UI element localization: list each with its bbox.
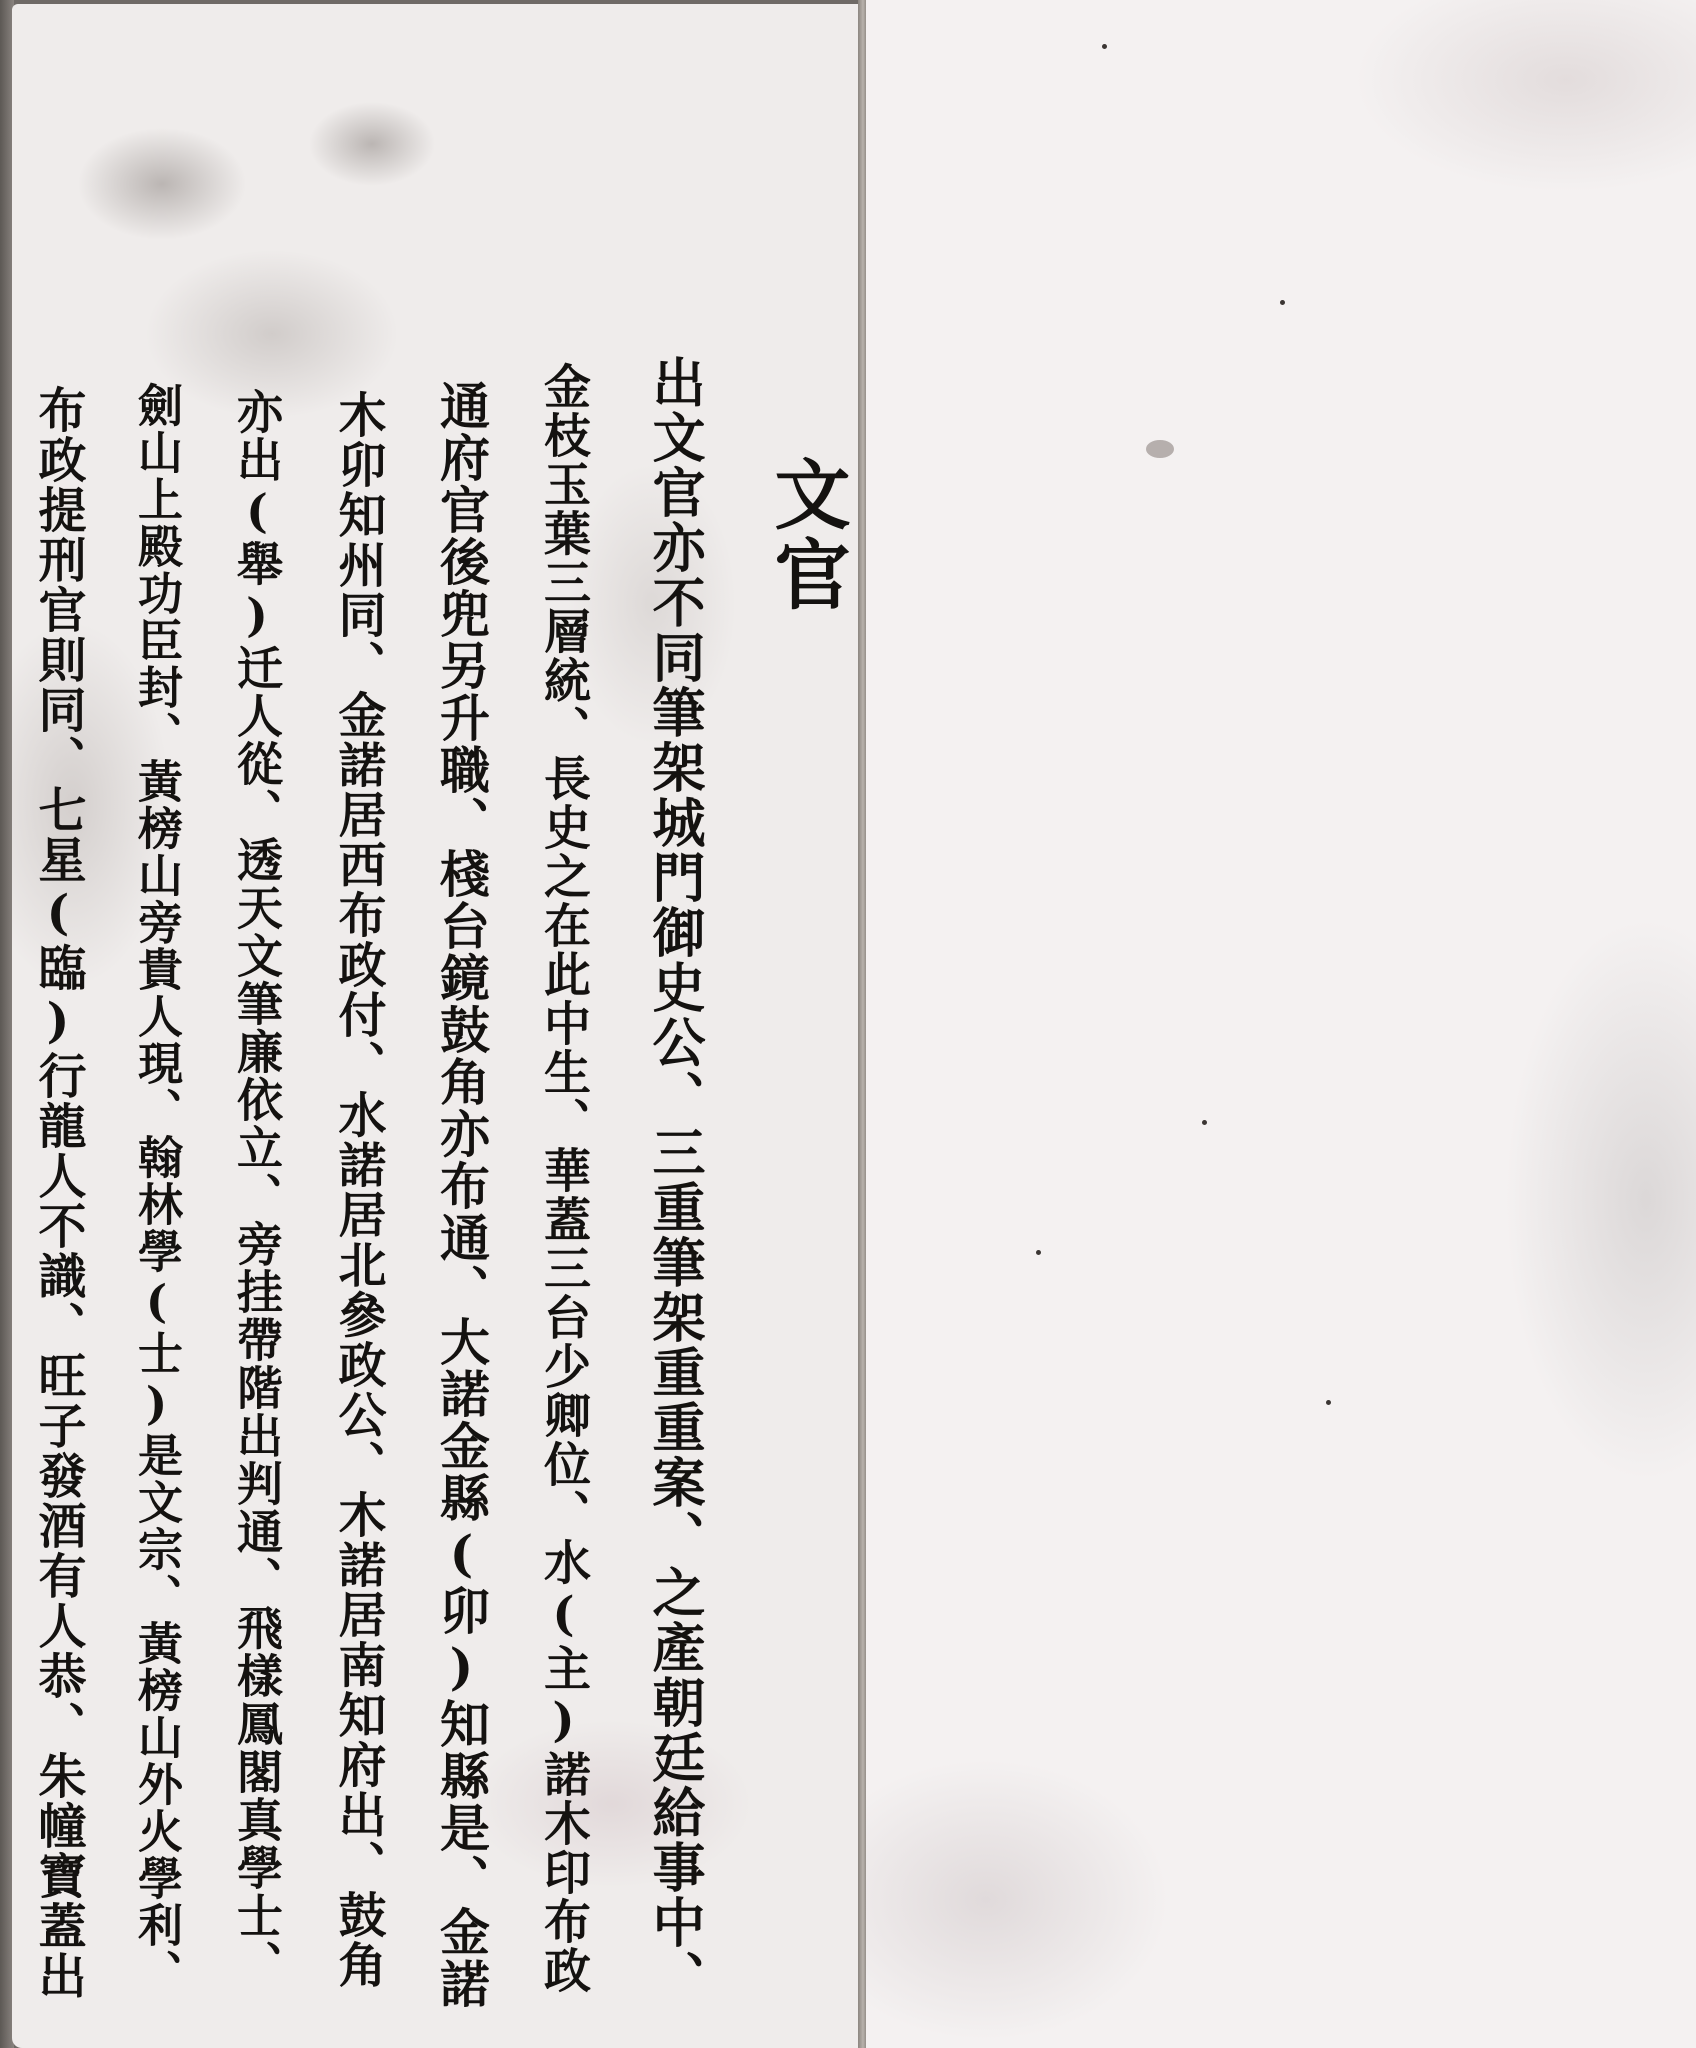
right-page	[866, 0, 1696, 2048]
ink-dot	[1280, 300, 1285, 305]
stain-mark	[1146, 440, 1174, 458]
ink-dot	[1326, 1400, 1331, 1405]
ink-dot	[1036, 1250, 1041, 1255]
section-title: 文官	[752, 455, 861, 615]
text-column-7: 布政提刑官則同、七星(臨)行龍人不識、旺子發酒有人恭、朱幢寶蓋出	[34, 385, 82, 2001]
ink-dot	[1202, 1120, 1207, 1125]
text-column-4: 木卯知州同、金諾居西布政付、水諾居北參政公、木諾居南知府出、鼓角	[334, 390, 382, 1990]
text-column-5: 亦出(舉)迁人從、透天文筆廉依立、旁挂帶階出判通、飛樣鳳閣真學士、	[234, 388, 280, 1988]
text-column-1: 出文官亦不同筆架城門御史公、三重筆架重重案、之產朝廷給事中、	[648, 355, 701, 2005]
book-spread: 文官 出文官亦不同筆架城門御史公、三重筆架重重案、之產朝廷給事中、 金枝玉葉三層…	[0, 0, 1696, 2048]
text-column-3: 通府官後兜另升職、棧台鏡鼓角亦布通、大諾金縣(卯)知縣是、金諾	[436, 380, 486, 2010]
text-column-6: 劍山上殿功臣封、黃榜山旁貴人現、翰林學(士)是文宗、黃榜山外火學利、	[134, 382, 179, 1996]
text-column-2: 金枝玉葉三層統、長史之在此中生、華蓋三台少卿位、水(主)諾木印布政	[540, 362, 587, 1995]
ink-dot	[1102, 44, 1107, 49]
